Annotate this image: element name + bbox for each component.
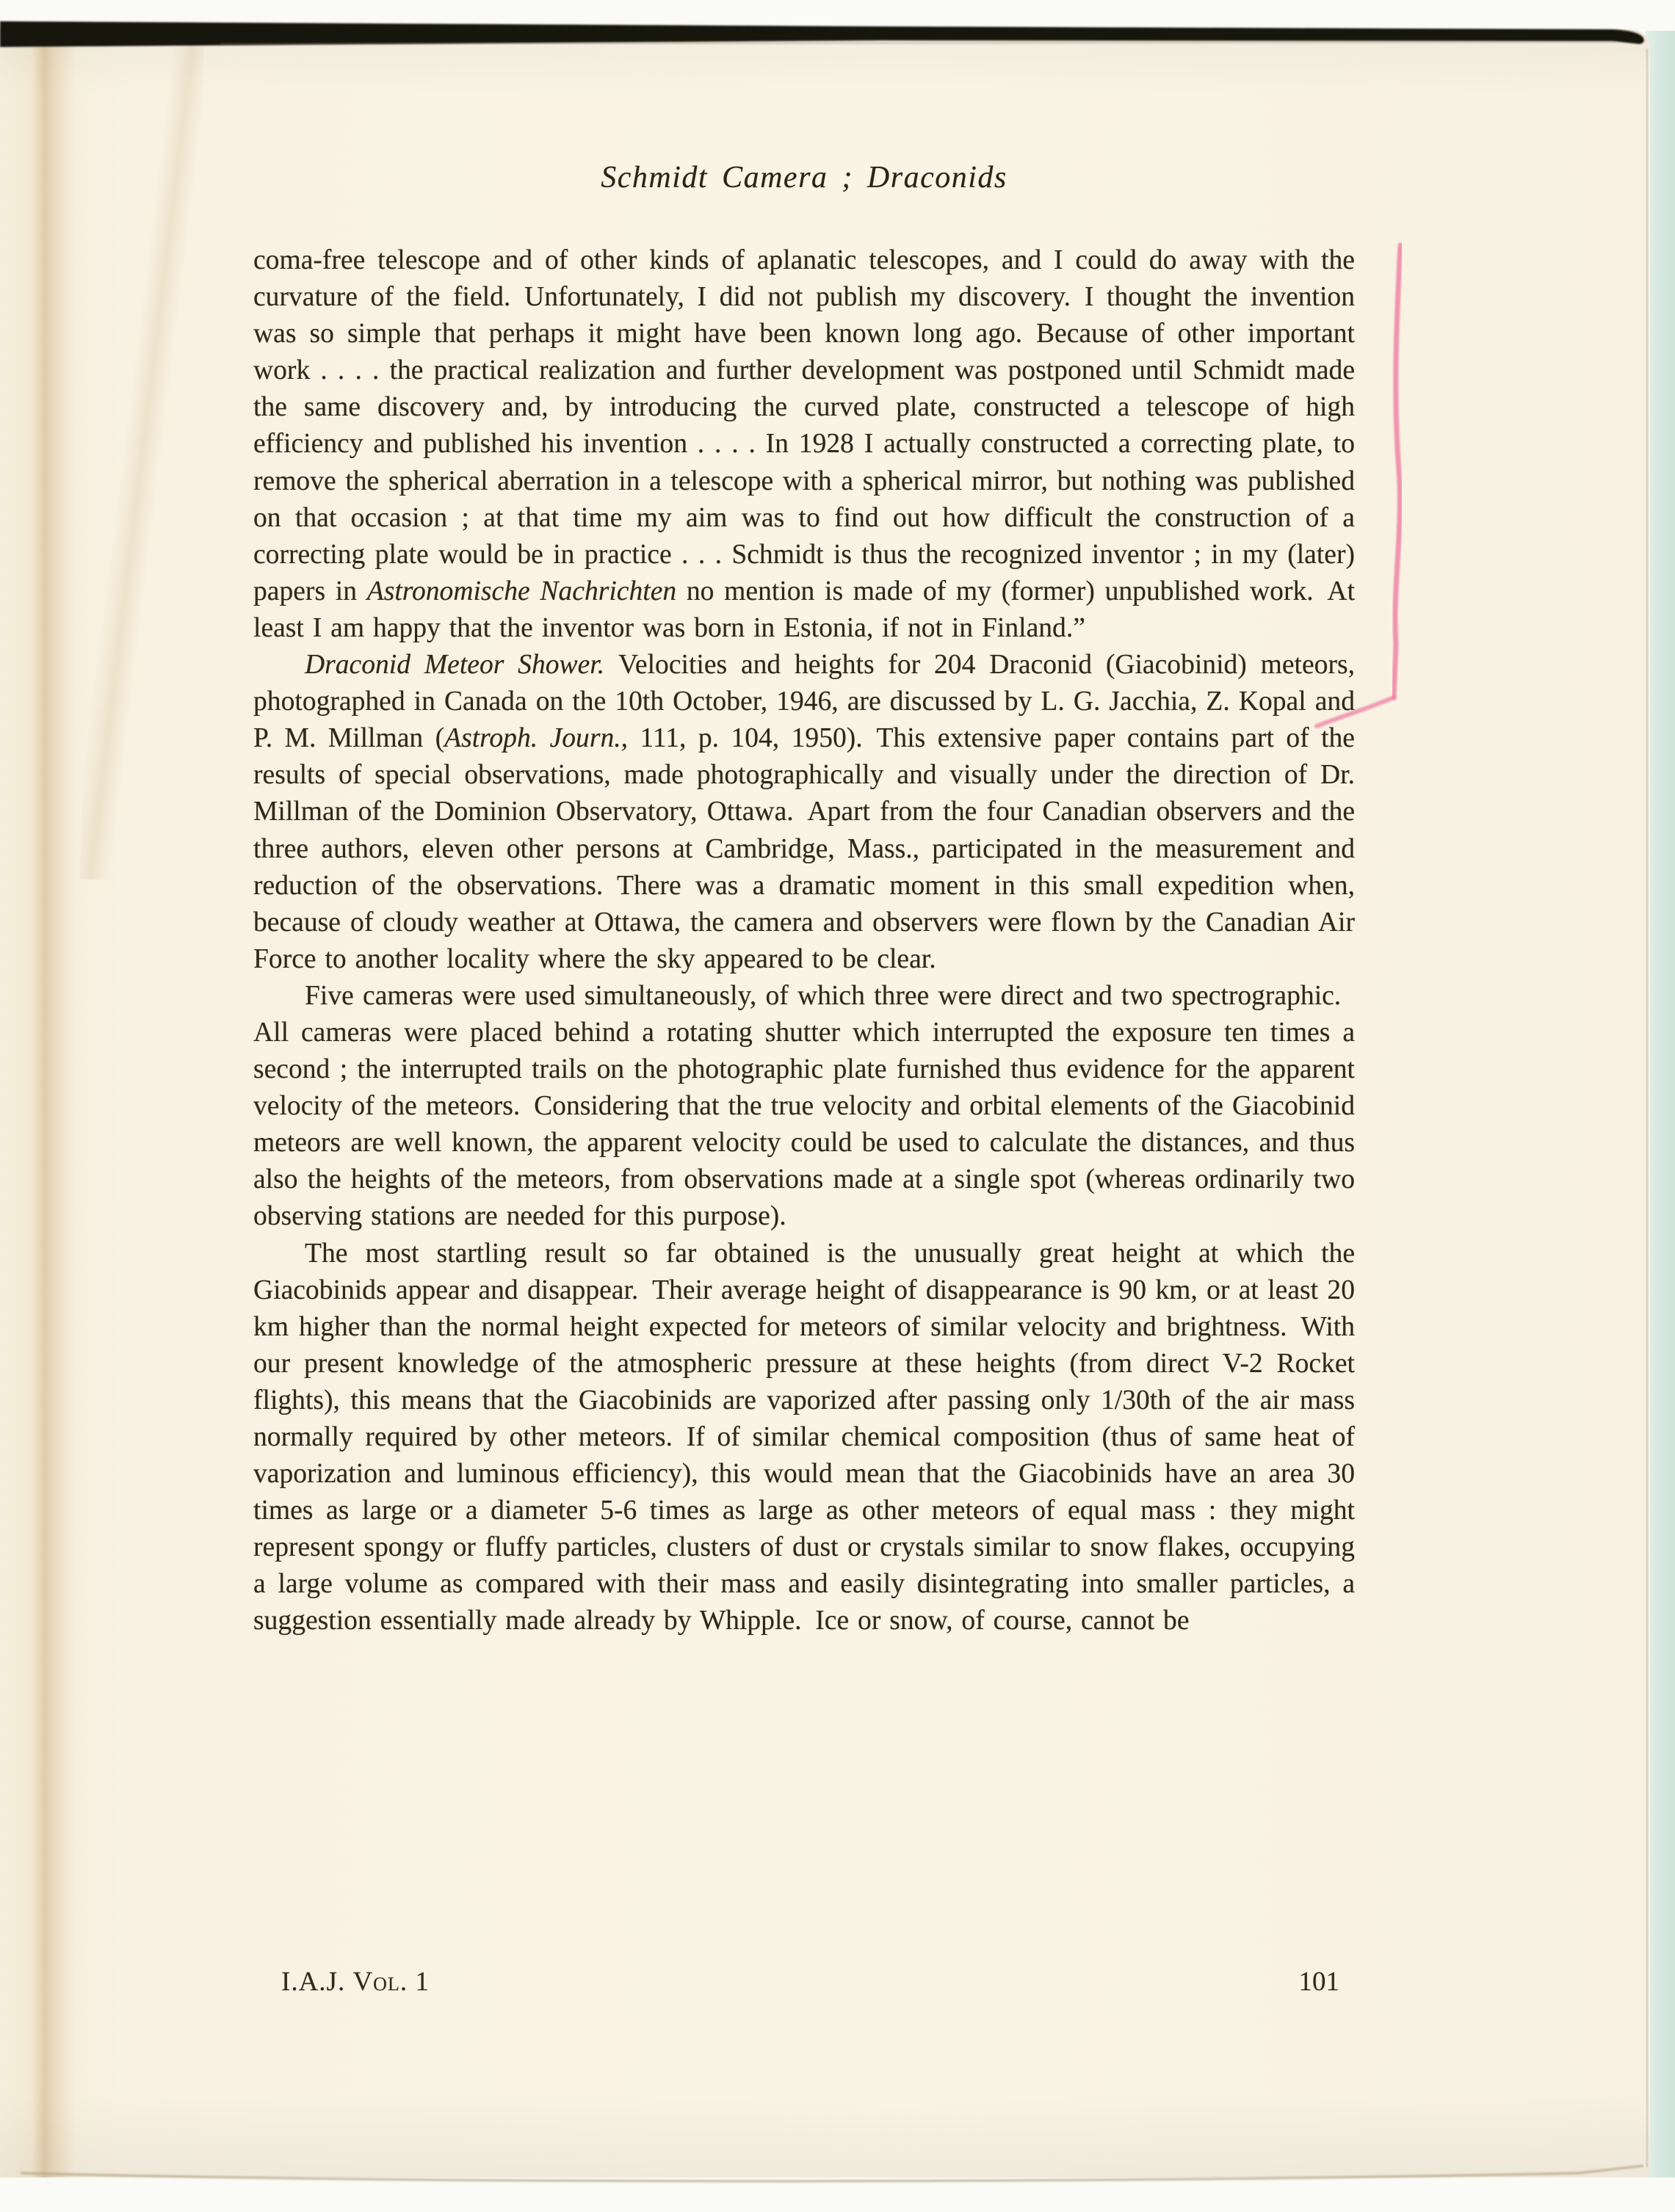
text-run: coma-free telescope and of other kinds o… <box>253 245 1355 606</box>
text-run: 111, p. 104, 1950). This extensive paper… <box>253 723 1355 974</box>
paragraph: The most startling result so far obtaine… <box>253 1236 1355 1640</box>
page-footer: I.A.J. Vol. 1 101 <box>253 1966 1353 1998</box>
text-run: Five cameras were used simultaneously, o… <box>253 981 1355 1232</box>
paragraph: Five cameras were used simultaneously, o… <box>253 978 1355 1236</box>
running-header: Schmidt Camera ; Draconids <box>253 160 1355 195</box>
text-run: The most startling result so far obtaine… <box>253 1239 1355 1636</box>
italic-text-run: Astronomische Nachrichten <box>367 576 676 606</box>
journal-abbreviation: I.A.J. <box>281 1967 345 1997</box>
journal-volume-label: I.A.J. Vol. 1 <box>253 1966 430 1998</box>
italic-text-run: Draconid Meteor Shower. <box>305 650 604 680</box>
page-number: 101 <box>1299 1966 1353 1998</box>
volume-number: 1 <box>415 1967 430 1997</box>
paragraph: coma-free telescope and of other kinds o… <box>253 242 1355 647</box>
italic-text-run: Astroph. Journ., <box>444 723 628 753</box>
volume-label: Vol. <box>352 1967 408 1997</box>
scan-edge-strip <box>1646 31 1675 2177</box>
scanned-journal-page: Schmidt Camera ; Draconids coma-free tel… <box>0 0 1675 2212</box>
paragraph: Draconid Meteor Shower. Velocities and h… <box>253 647 1355 978</box>
article-body: coma-free telescope and of other kinds o… <box>253 242 1355 1640</box>
